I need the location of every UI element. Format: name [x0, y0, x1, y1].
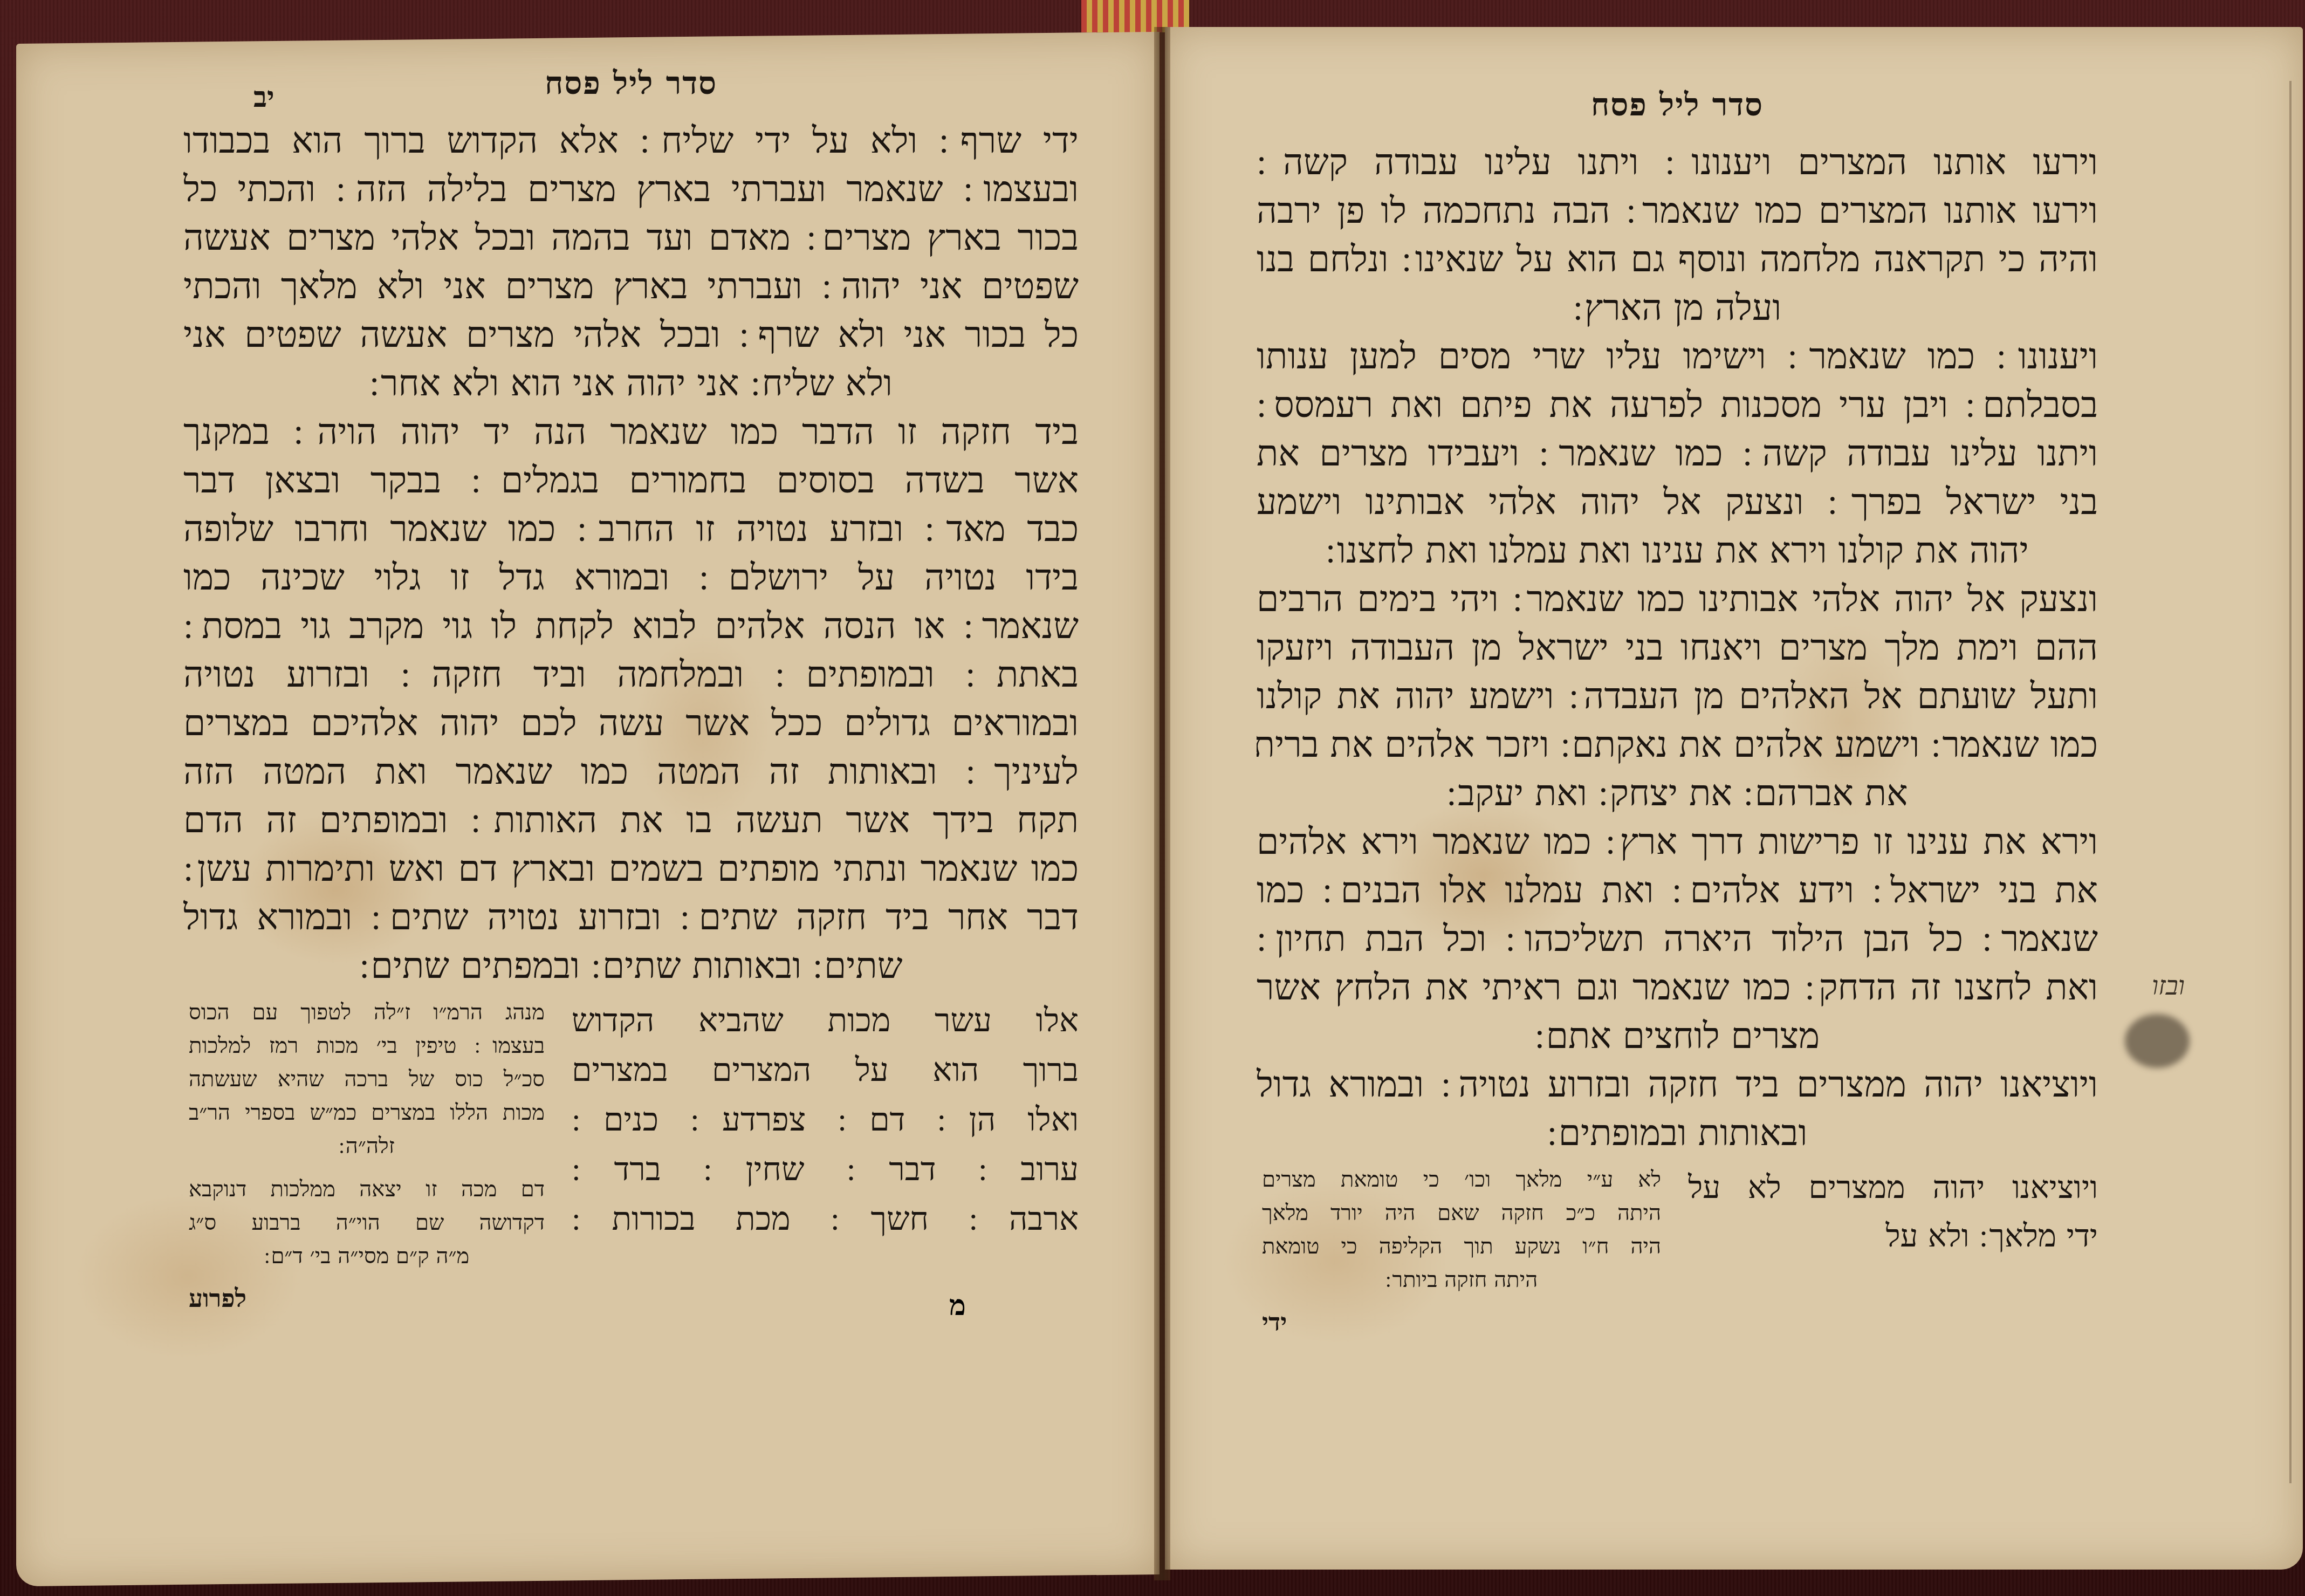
text-line: ולא שליח ׃ אני יהוה אני הוא ולא אחר ׃ [183, 359, 1079, 408]
commentary-column: מנהג הרמ״ו ז״לה לטפוך עם הכוס בעצמו ׃ טי… [189, 996, 545, 1313]
text-line: אשר בשדה בסוסים בחמורים בגמלים ׃ בבקר וב… [183, 456, 1079, 505]
text-line: בידו נטויה על ירושלם ׃ ובמורא גדל זו גלו… [183, 553, 1079, 602]
commentary-column: לא ע״י מלאך וכו׳ כי טומאת מצרים היתה כ״כ… [1262, 1163, 1661, 1337]
note-line: מכות הללו במצרים כמ״ש בספרי הר״ב [189, 1096, 545, 1129]
text-line: ויוציאנו יהוה ממצרים לא על [1688, 1163, 2098, 1211]
text-line: ארבה ׃ חשך ׃ מכת בכורות ׃ [572, 1194, 1079, 1244]
text-line: ביד חזקה זו הדבר כמו שנאמר הנה יד יהוה ה… [183, 408, 1079, 456]
text-line: וירעו אותנו המצרים ויענונו ׃ ויתנו עלינו… [1257, 138, 2098, 187]
signature-mark: מ [949, 1289, 966, 1322]
text-line: ברוך הוא על המצרים במצרים [572, 1045, 1079, 1095]
note-line: בעצמו ׃ טיפין בי׳ מכות רמז למלכות [189, 1029, 545, 1063]
text-line: בני ישראל בפרך ׃ ונצעק אל יהוה אלהי אבות… [1257, 478, 2098, 526]
text-line: וירעו אותנו המצרים כמו שנאמר ׃ הבה נתחכמ… [1257, 187, 2098, 235]
main-column: ויוציאנו יהוה ממצרים לא על ידי מלאך ׃ ול… [1688, 1163, 2098, 1337]
text-line: מצרים לוחצים אתם ׃ [1257, 1012, 2098, 1060]
text-line: ואלו הן ׃ דם ׃ צפרדע ׃ כנים ׃ [572, 1095, 1079, 1145]
text-line: ההם וימת מלך מצרים ויאנחו בני ישראל מן ה… [1257, 624, 2098, 672]
text-line: ויוציאנו יהוה ממצרים ביד חזקה ובזרוע נטו… [1257, 1060, 2098, 1109]
text-line: את אברהם ׃ את יצחק ׃ ואת יעקב ׃ [1257, 769, 2098, 818]
text-line: שפטים אני יהוה ׃ ועברתי בארץ מצרים אני ו… [183, 262, 1079, 311]
text-line: ונצעק אל יהוה אלהי אבותינו כמו שנאמר ׃ ו… [1257, 575, 2098, 624]
text-line: בסבלתם ׃ ויבן ערי מסכנות לפרעה את פיתם ו… [1257, 381, 2098, 429]
text-line: ובמוראים גדולים ככל אשר עשה לכם יהוה אלה… [183, 699, 1079, 748]
text-line: וירא את ענינו זו פרישות דרך ארץ ׃ כמו שנ… [1257, 818, 2098, 866]
note-line: מ״ה ק״ם מסי״ה בי׳ ד״ם ׃ [189, 1239, 545, 1273]
catchword: ידי [1262, 1307, 1661, 1337]
note-line: היה ח״ו נשקע תוך הקליפה כי טומאת [1262, 1230, 1661, 1263]
note-line: היתה חזקה ביותר ׃ [1262, 1263, 1661, 1297]
two-column-section: ויוציאנו יהוה ממצרים לא על ידי מלאך ׃ ול… [1257, 1163, 2098, 1337]
text-line: ותעל שועתם אל האלהים מן העבדה ׃ וישמע יה… [1257, 672, 2098, 721]
text-line: ובאותות ובמופתים ׃ [1257, 1109, 2098, 1157]
text-line: כל בכור אני ולא שרף ׃ ובכל אלהי מצרים אע… [183, 311, 1079, 359]
note-line: מנהג הרמ״ו ז״לה לטפוך עם הכוס [189, 996, 545, 1029]
note-line: דקדושה שם הוי״ה ברבוע ס״ג [189, 1206, 545, 1239]
right-page-text: סדר ליל פסח וירעו אותנו המצרים ויענונו ׃… [1257, 86, 2098, 1337]
text-line: שתים ׃ ובאותות שתים ׃ ובמפתים שתים ׃ [183, 942, 1079, 990]
text-line: אלו עשר מכות שהביא הקדוש [572, 996, 1079, 1045]
text-line: כמו שנאמר ׃ וישמע אלהים את נאקתם ׃ ויזכר… [1257, 721, 2098, 769]
text-line: את בני ישראל ׃ וידע אלהים ׃ ואת עמלנו אל… [1257, 866, 2098, 915]
text-line: ואת לחצנו זה הדחק ׃ כמו שנאמר וגם ראיתי … [1257, 963, 2098, 1012]
note-line: דם מכה זו יצאה ממלכות דנוקבא [189, 1173, 545, 1206]
text-line: שנאמר ׃ כל הבן הילוד היארה תשליכהו ׃ וכל… [1257, 915, 2098, 963]
running-head: סדר ליל פסח [1257, 86, 2098, 123]
text-line: שנאמר ׃ או הנסה אלהים לבוא לקחת לו גוי מ… [183, 602, 1079, 650]
text-line: ידי מלאך ׃ ולא על [1688, 1211, 2098, 1260]
note-line: היתה כ״כ חזקה שאם היה יורד מלאך [1262, 1196, 1661, 1230]
handwritten-margin-note: ובזו [2152, 971, 2185, 1001]
text-line: לעיניך ׃ ובאותות זה המטה כמו שנאמר ואת ה… [183, 748, 1079, 796]
text-line: בכור בארץ מצרים ׃ מאדם ועד בהמה ובכל אלה… [183, 214, 1079, 262]
main-column: אלו עשר מכות שהביא הקדוש ברוך הוא על המצ… [572, 996, 1079, 1313]
text-line: דבר אחר ביד חזקה שתים ׃ ובזרוע נטויה שתי… [183, 893, 1079, 942]
note-line: לא ע״י מלאך וכו׳ כי טומאת מצרים [1262, 1163, 1661, 1196]
folio-number: יב [253, 81, 275, 114]
text-line: יהוה את קולנו וירא את ענינו ואת עמלנו וא… [1257, 526, 2098, 575]
text-line: ויענונו ׃ כמו שנאמר ׃ וישימו עליו שרי מס… [1257, 332, 2098, 381]
text-line: והיה כי תקראנה מלחמה ונוסף גם הוא על שנא… [1257, 235, 2098, 284]
catchword: לפרוע [189, 1284, 545, 1313]
running-head: סדר ליל פסח [183, 65, 1079, 101]
two-column-section: אלו עשר מכות שהביא הקדוש ברוך הוא על המצ… [183, 996, 1079, 1313]
text-line: ועלה מן הארץ ׃ [1257, 284, 2098, 332]
book-gutter [1154, 27, 1170, 1580]
text-line: באתת ׃ ובמופתים ׃ ובמלחמה וביד חזקה ׃ וב… [183, 650, 1079, 699]
text-line: כמו שנאמר ונתתי מופתים בשמים ובארץ דם וא… [183, 845, 1079, 893]
text-line: ויתנו עלינו עבודה קשה ׃ כמו שנאמר ׃ ויעב… [1257, 429, 2098, 478]
text-line: ובעצמו ׃ שנאמר ועברתי בארץ מצרים בלילה ה… [183, 165, 1079, 214]
text-line: ערוב ׃ דבר ׃ שחין ׃ ברד ׃ [572, 1145, 1079, 1194]
ink-smudge [2125, 1014, 2190, 1068]
left-page-text: סדר ליל פסח ידי שרף ׃ ולא על ידי שליח ׃ … [183, 65, 1079, 1313]
note-line: סכ״ל כוס של ברכה שהיא שעשתה [189, 1063, 545, 1096]
text-line: ידי שרף ׃ ולא על ידי שליח ׃ אלא הקדוש בר… [183, 117, 1079, 165]
text-line: כבד מאד ׃ ובזרע נטויה זו החרב ׃ כמו שנאמ… [183, 505, 1079, 553]
page-edge [2289, 81, 2292, 1483]
text-line: תקח בידך אשר תעשה בו את האותות ׃ ובמופתי… [183, 796, 1079, 845]
note-line: זלה״ה ׃ [189, 1129, 545, 1163]
